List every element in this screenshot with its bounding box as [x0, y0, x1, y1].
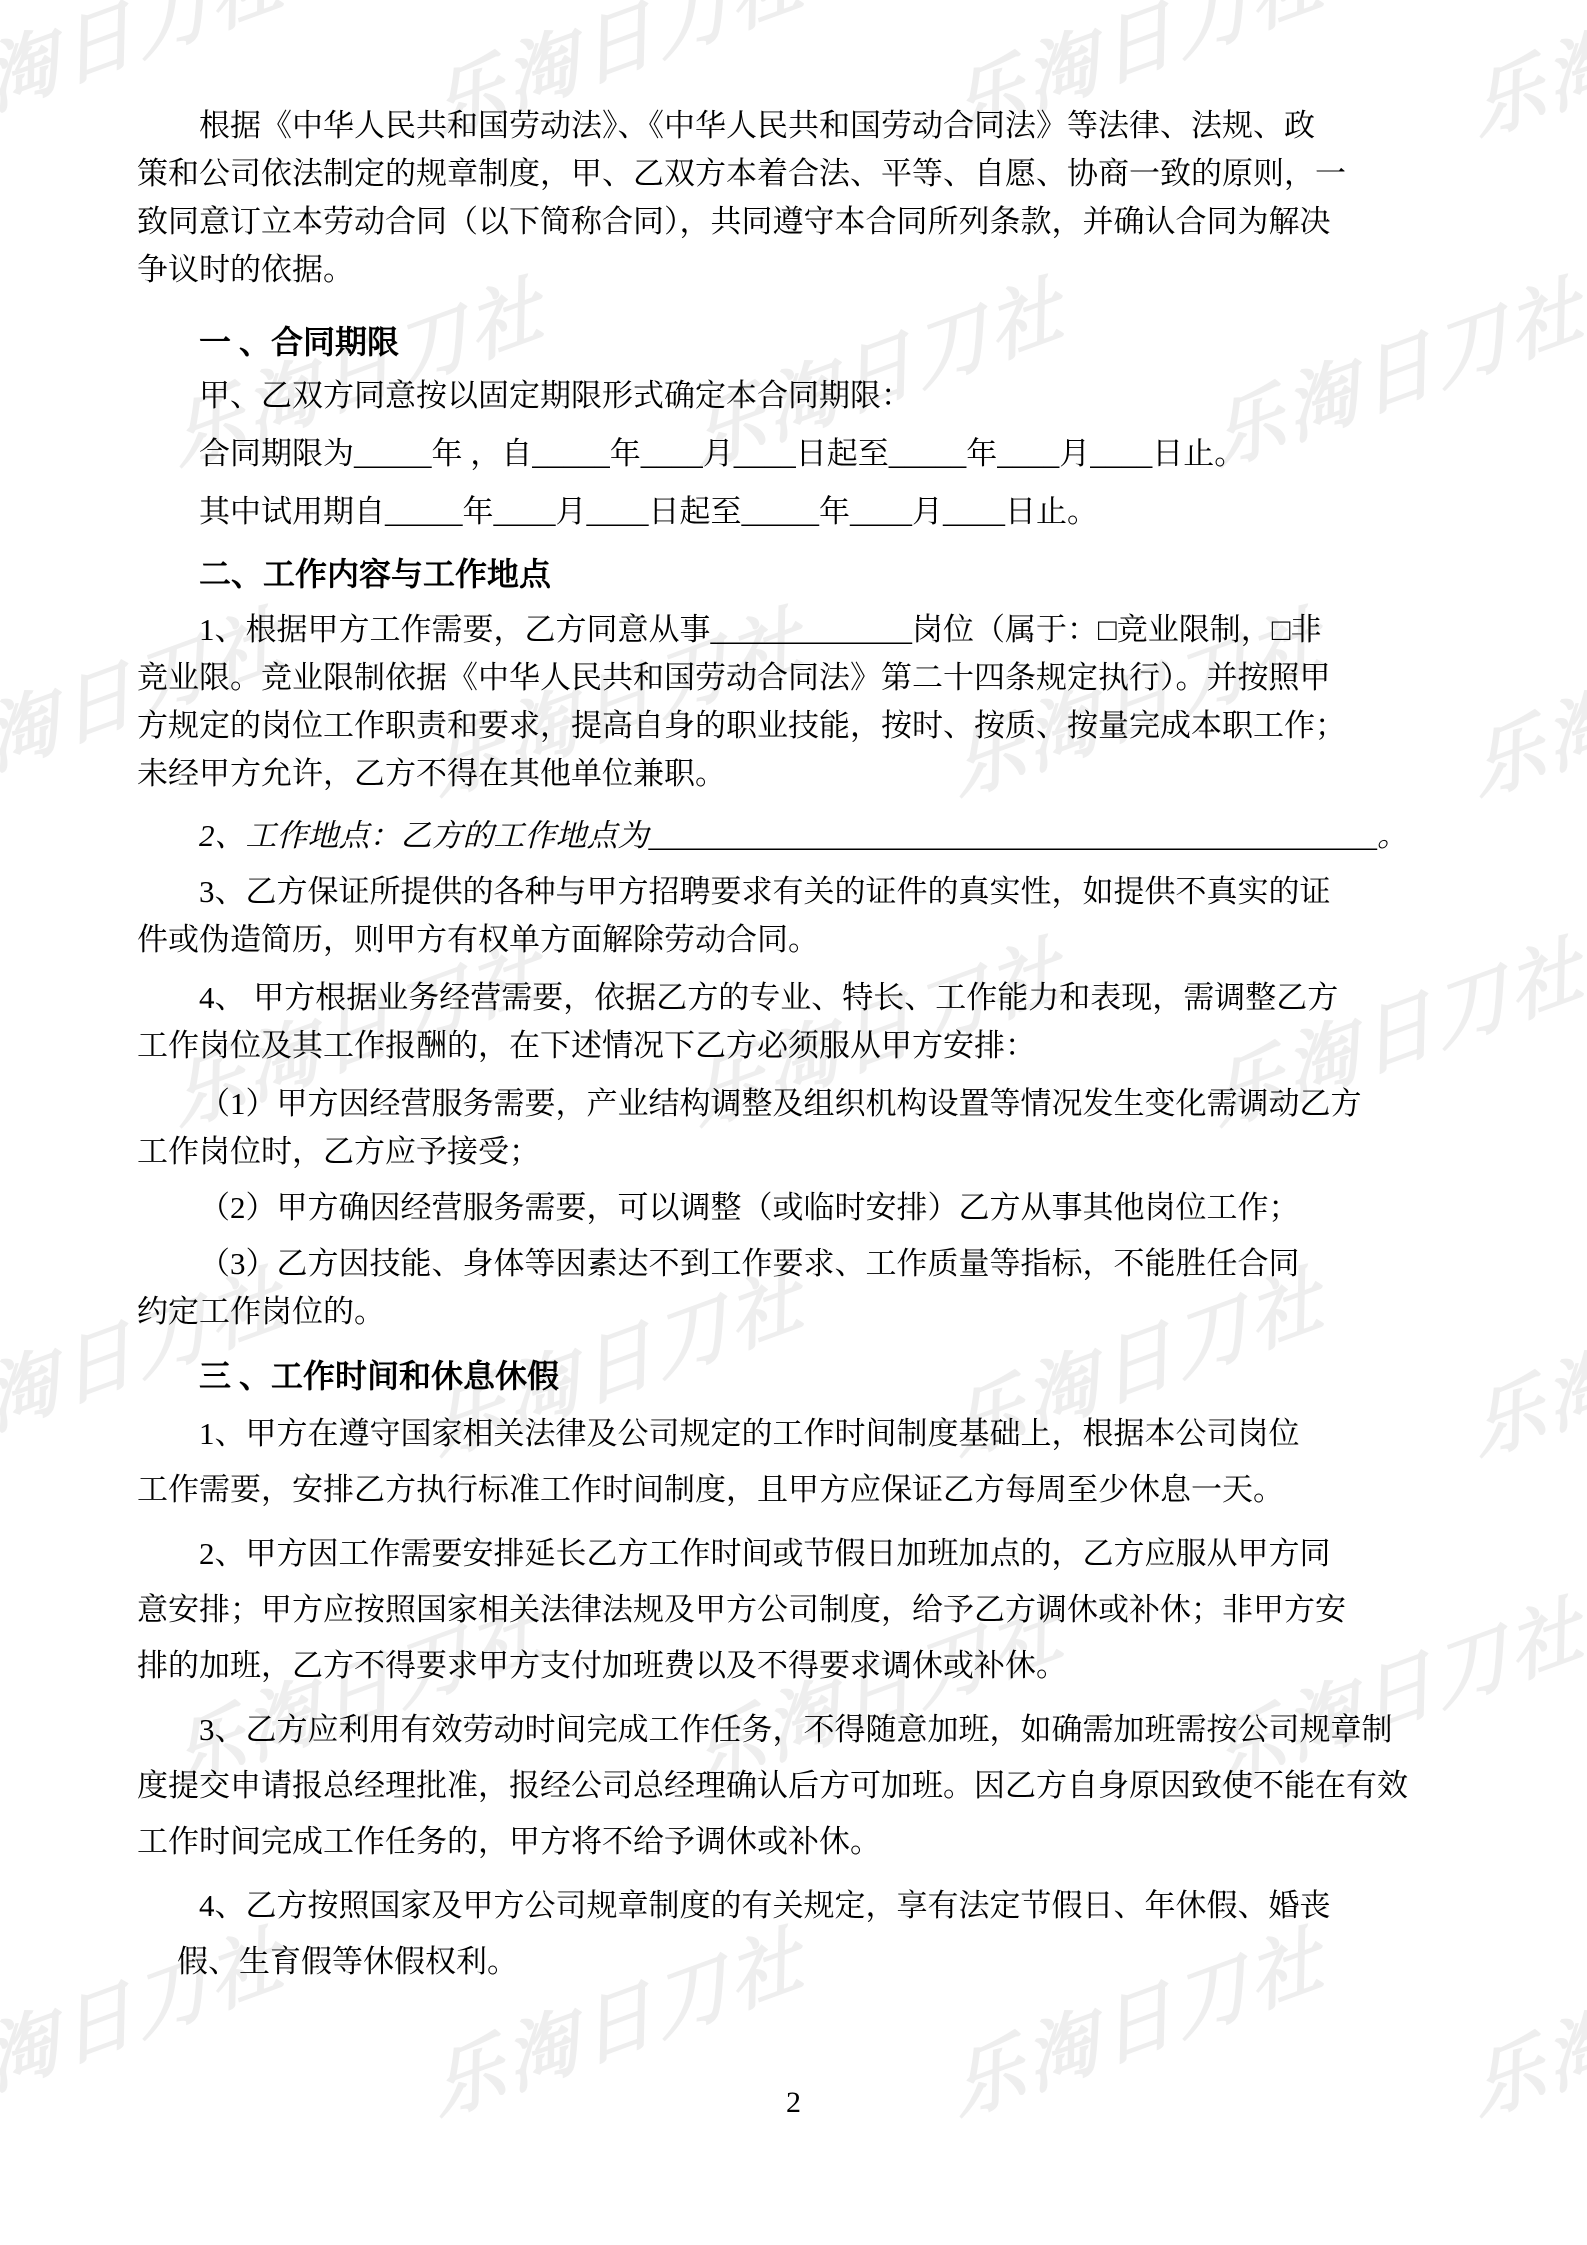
adjustment-case-2-line: （2）甲方确因经营服务需要，可以调整（或临时安排）乙方从事其他岗位工作； [137, 1184, 1457, 1232]
adjustment-case-1-line: （1）甲方因经营服务需要，产业结构调整及组织机构设置等情况发生变化需调动乙方 [137, 1080, 1457, 1128]
job-content-line: 1、根据甲方工作需要，乙方同意从事_____________岗位（属于：□竞业限… [137, 606, 1457, 654]
overtime-approval-line: 度提交申请报总经理批准，报经公司总经理确认后方可加班。因乙方自身原因致使不能在有… [137, 1758, 1457, 1814]
job-content-line: 方规定的岗位工作职责和要求，提高自身的职业技能，按时、按质、按量完成本职工作； [137, 702, 1457, 750]
overtime-line: 意安排；甲方应按照国家相关法律法规及甲方公司制度，给予乙方调休或补休；非甲方安 [137, 1582, 1457, 1638]
preamble-line: 争议时的依据。 [137, 246, 1457, 294]
section-heading-working-time: 三 、工作时间和休息休假 [137, 1352, 1457, 1400]
preamble-line: 根据《中华人民共和国劳动法》、《中华人民共和国劳动合同法》等法律、法规、政 [137, 102, 1457, 150]
working-time-line: 1、甲方在遵守国家相关法律及公司规定的工作时间制度基础上，根据本公司岗位 [137, 1406, 1457, 1462]
section-heading-job-content: 二、工作内容与工作地点 [137, 550, 1457, 598]
leave-rights-line: 假、生育假等休假权利。 [137, 1934, 1457, 1990]
leave-rights-line: 4、乙方按照国家及甲方公司规章制度的有关规定，享有法定节假日、年休假、婚丧 [137, 1878, 1457, 1934]
credentials-line: 件或伪造简历，则甲方有权单方面解除劳动合同。 [137, 916, 1457, 964]
preamble-line: 致同意订立本劳动合同（以下简称合同），共同遵守本合同所列条款，并确认合同为解决 [137, 198, 1457, 246]
credentials-line: 3、乙方保证所提供的各种与甲方招聘要求有关的证件的真实性，如提供不真实的证 [137, 868, 1457, 916]
work-location-blank-line: 2、工作地点：乙方的工作地点为_________________________… [137, 812, 1457, 860]
preamble-line: 策和公司依法制定的规章制度，甲、乙双方本着合法、平等、自愿、协商一致的原则，一 [137, 150, 1457, 198]
job-adjustment-line: 4、 甲方根据业务经营需要，依据乙方的专业、特长、工作能力和表现，需调整乙方 [137, 974, 1457, 1022]
overtime-line: 排的加班，乙方不得要求甲方支付加班费以及不得要求调休或补休。 [137, 1638, 1457, 1694]
overtime-approval-line: 3、乙方应利用有效劳动时间完成工作任务，不得随意加班，如确需加班需按公司规章制 [137, 1702, 1457, 1758]
job-content-line: 未经甲方允许，乙方不得在其他单位兼职。 [137, 750, 1457, 798]
job-adjustment-line: 工作岗位及其工作报酬的，在下述情况下乙方必须服从甲方安排： [137, 1022, 1457, 1070]
working-time-line: 工作需要，安排乙方执行标准工作时间制度，且甲方应保证乙方每周至少休息一天。 [137, 1462, 1457, 1518]
job-content-line: 竞业限。竞业限制依据《中华人民共和国劳动合同法》第二十四条规定执行）。并按照甲 [137, 654, 1457, 702]
contract-term-line: 甲、乙双方同意按以固定期限形式确定本合同期限： [137, 372, 1457, 420]
page-number: 2 [0, 2086, 1587, 2120]
document-page: 乐淘日刀社 乐淘日刀社 乐淘日刀社 乐淘日刀社 乐淘日刀社 乐淘日刀社 乐淘日刀… [0, 0, 1587, 2245]
overtime-line: 2、甲方因工作需要安排延长乙方工作时间或节假日加班加点的，乙方应服从甲方同 [137, 1526, 1457, 1582]
overtime-approval-line: 工作时间完成工作任务的，甲方将不给予调休或补休。 [137, 1814, 1457, 1870]
section-heading-contract-term: 一 、合同期限 [137, 318, 1457, 366]
probation-blank-line: 其中试用期自_____年____月____日起至_____年____月____日… [137, 488, 1457, 536]
contract-term-blank-line: 合同期限为_____年 ，自_____年____月____日起至_____年__… [137, 430, 1457, 478]
adjustment-case-3-line: 约定工作岗位的。 [137, 1288, 1457, 1336]
adjustment-case-3-line: （3）乙方因技能、身体等因素达不到工作要求、工作质量等指标，不能胜任合同 [137, 1240, 1457, 1288]
adjustment-case-1-line: 工作岗位时，乙方应予接受； [137, 1128, 1457, 1176]
contract-body: 根据《中华人民共和国劳动法》、《中华人民共和国劳动合同法》等法律、法规、政 策和… [0, 0, 1587, 1990]
